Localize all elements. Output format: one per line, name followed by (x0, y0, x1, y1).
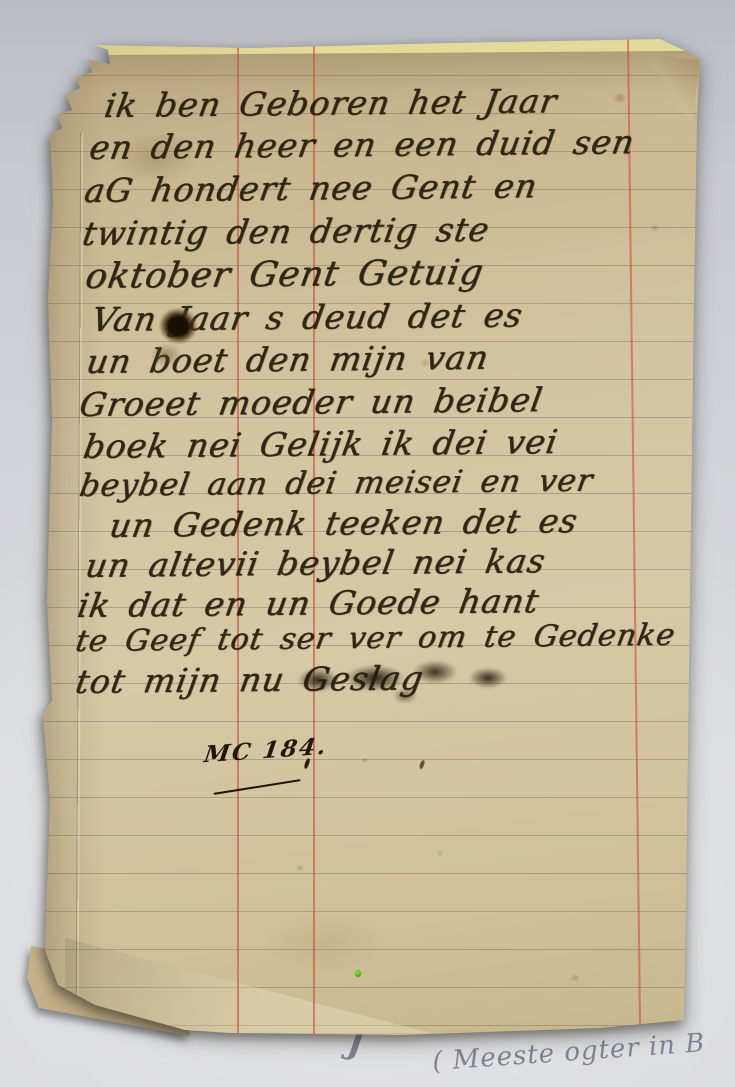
handwritten-line: un altevii beybel nei kas (83, 541, 549, 585)
handwritten-line: un boet den mijn van (84, 338, 492, 381)
photograph-of-handwritten-document: J ( Meeste ogter in B ik ben Geboren het… (0, 0, 735, 1087)
handwritten-line: aG hondert nee Gent en (82, 166, 541, 210)
handwritten-line: oktober Gent Getuig (83, 253, 487, 297)
handwritten-line: beybel aan dei meisei en ver (77, 463, 596, 504)
top-right-corner-fold (640, 50, 700, 130)
bottom-left-dogear-fold (63, 936, 433, 1036)
red-margin-line-right (627, 38, 641, 1038)
paper-top-edge (93, 36, 693, 55)
green-speck (355, 970, 361, 977)
handwritten-line: ik ben Geboren het Jaar (102, 81, 561, 125)
handwritten-line: boek nei Gelijk ik dei vei (81, 422, 561, 466)
handwritten-line: Groeet moeder un beibel (77, 380, 546, 424)
ink-blot-halo (146, 340, 186, 370)
ink-smudge-over-last-line (283, 650, 518, 708)
left-fold-crease (76, 133, 84, 1000)
handwritten-line: twintig den dertig ste (80, 210, 493, 253)
handwritten-line: ik dat en un Goede hant (75, 581, 543, 625)
handwritten-line: un Gedenk teeken det es (107, 501, 581, 545)
handwritten-line: en den heer en een duid sen (87, 122, 638, 167)
